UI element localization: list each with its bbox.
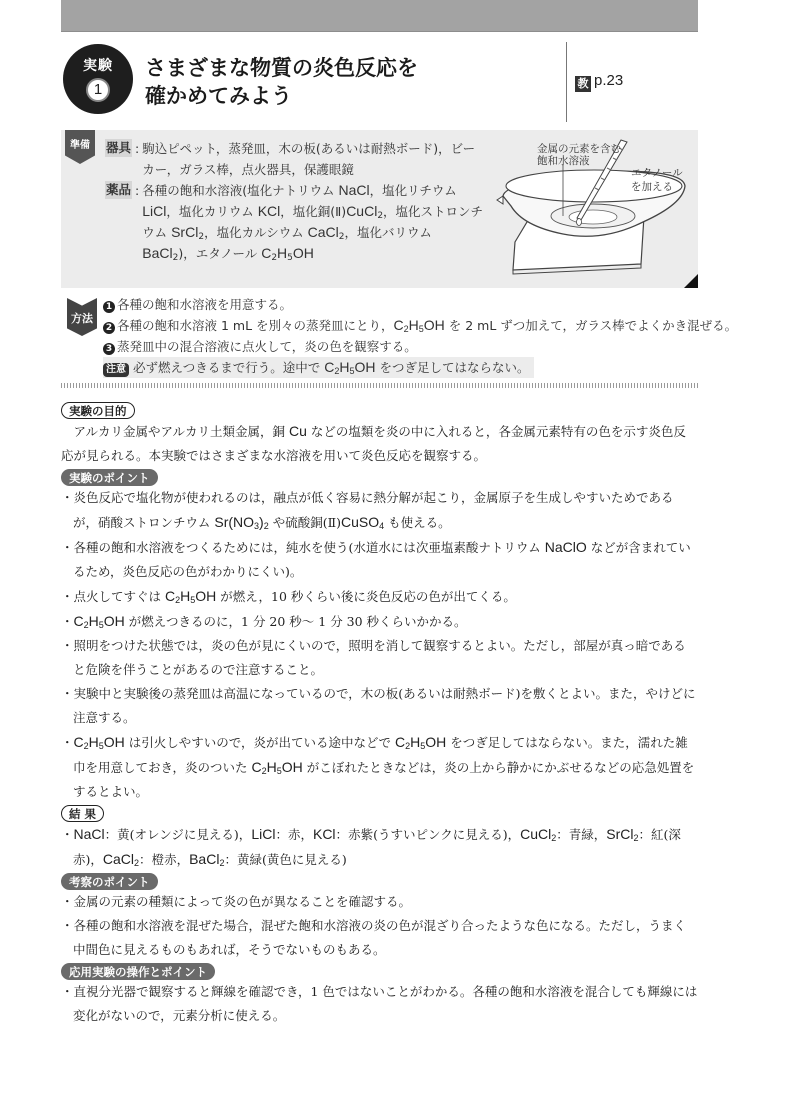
- method-tag: 方法: [67, 298, 97, 336]
- textbook-reference: 教p.23: [575, 72, 623, 92]
- badge-number: 1: [86, 78, 110, 102]
- equipment-list: 駒込ピペット，蒸発皿，木の板(あるいは耐熱ボード)，ビーカー，ガラス棒，点火器具…: [142, 138, 485, 180]
- caution-tag: 注意: [103, 363, 129, 377]
- purpose-text: アルカリ金属やアルカリ土類金属，銅 Cu などの塩類を炎の中に入れると，各金属元…: [61, 419, 698, 468]
- point-item: ・C2H5OH は引火しやすいので，炎が出ている途中などで C2H5OH をつぎ…: [61, 730, 698, 804]
- point-item: ・C2H5OH が燃えつきるのに，1 分 20 秒〜 1 分 30 秒くらいかか…: [61, 609, 698, 634]
- results-list: ・NaCl：黄(オレンジに見える)，LiCl：赤，KCl：赤紫(うすいピンクに見…: [61, 822, 698, 872]
- svg-text:金属の元素を含む: 金属の元素を含む: [537, 142, 621, 155]
- section-divider: [61, 383, 698, 388]
- discussion-item: ・各種の飽和水溶液を混ぜた場合，混ぜた飽和水溶液の炎の色が混ざり合ったような色に…: [61, 914, 698, 962]
- page-title: さまざまな物質の炎色反応を 確かめてみよう: [145, 54, 418, 110]
- explanation-content: 実験の目的 アルカリ金属やアルカリ土類金属，銅 Cu などの塩類を炎の中に入れる…: [61, 402, 698, 1028]
- svg-text:飽和水溶液: 飽和水溶液: [537, 154, 590, 167]
- point-item: ・各種の飽和水溶液をつくるためには，純水を使う(水道水には次亜塩素酸ナトリウム …: [61, 535, 698, 584]
- chemicals-row: 薬品 : 各種の飽和水溶液(塩化ナトリウム NaCl，塩化リチウム LiCl，塩…: [105, 180, 485, 264]
- method-step: 3蒸発皿中の混合溶液に点火して，炎の色を観察する。: [103, 336, 737, 357]
- equipment-key: 器具: [105, 139, 132, 157]
- section-label-points: 実験のポイント: [61, 469, 158, 486]
- section-label-purpose: 実験の目的: [61, 402, 135, 419]
- textbook-icon: 教: [575, 76, 591, 92]
- discussion-item: ・金属の元素の種類によって炎の色が異なることを確認する。: [61, 890, 698, 914]
- chemicals-list: 各種の飽和水溶液(塩化ナトリウム NaCl，塩化リチウム LiCl，塩化カリウム…: [142, 180, 485, 264]
- evaporating-dish-illustration: 金属の元素を含む 飽和水溶液 エタノール を加える: [493, 134, 693, 284]
- svg-text:エタノール: エタノール: [631, 167, 683, 179]
- point-item: ・炎色反応で塩化物が使われるのは，融点が低く容易に熱分解が起こり，金属原子を生成…: [61, 486, 698, 535]
- section-label-results: 結 果: [61, 805, 104, 822]
- preparation-body: 器具 : 駒込ピペット，蒸発皿，木の板(あるいは耐熱ボード)，ビーカー，ガラス棒…: [105, 138, 485, 264]
- section-label-discussion: 考察のポイント: [61, 873, 158, 890]
- corner-mark: [684, 274, 698, 288]
- method-step: 1各種の飽和水溶液を用意する。: [103, 294, 737, 315]
- title-divider: [566, 42, 567, 122]
- equipment-row: 器具 : 駒込ピペット，蒸発皿，木の板(あるいは耐熱ボード)，ビーカー，ガラス棒…: [105, 138, 485, 180]
- point-item: ・照明をつけた状態では，炎の色が見にくいので，照明を消して観察するとよい。ただし…: [61, 634, 698, 682]
- preparation-tag: 準備: [65, 130, 95, 164]
- step-number-icon: 1: [103, 301, 115, 313]
- title-line-2: 確かめてみよう: [145, 82, 418, 110]
- svg-text:を加える: を加える: [631, 180, 673, 193]
- section-label-applied: 応用実験の操作とポイント: [61, 963, 215, 980]
- experiment-badge: 実験 1: [63, 44, 133, 114]
- page-top-bar: [61, 0, 698, 32]
- method-step: 2各種の飽和水溶液 1 mL を別々の蒸発皿にとり，C2H5OH を 2 mL …: [103, 315, 737, 336]
- reference-page: p.23: [594, 72, 623, 89]
- caution-note: 注意必ず燃えつきるまで行う。途中で C2H5OH をつぎ足してはならない。: [103, 357, 737, 378]
- step-number-icon: 2: [103, 322, 115, 334]
- point-item: ・実験中と実験後の蒸発皿は高温になっているので，木の板(あるいは耐熱ボード)を敷…: [61, 682, 698, 730]
- applied-item: ・直視分光器で観察すると輝線を確認でき，1 色ではないことがわかる。各種の飽和水…: [61, 980, 698, 1028]
- badge-label: 実験: [63, 55, 133, 75]
- chemicals-key: 薬品: [105, 181, 132, 199]
- method-steps: 1各種の飽和水溶液を用意する。 2各種の飽和水溶液 1 mL を別々の蒸発皿にと…: [103, 294, 737, 378]
- step-number-icon: 3: [103, 343, 115, 355]
- point-item: ・点火してすぐは C2H5OH が燃え，10 秒くらい後に炎色反応の色が出てくる…: [61, 584, 698, 609]
- preparation-box: 準備 器具 : 駒込ピペット，蒸発皿，木の板(あるいは耐熱ボード)，ビーカー，ガ…: [61, 130, 698, 288]
- title-line-1: さまざまな物質の炎色反応を: [145, 54, 418, 82]
- experiment-header: 実験 1 さまざまな物質の炎色反応を 確かめてみよう 教p.23: [61, 42, 698, 122]
